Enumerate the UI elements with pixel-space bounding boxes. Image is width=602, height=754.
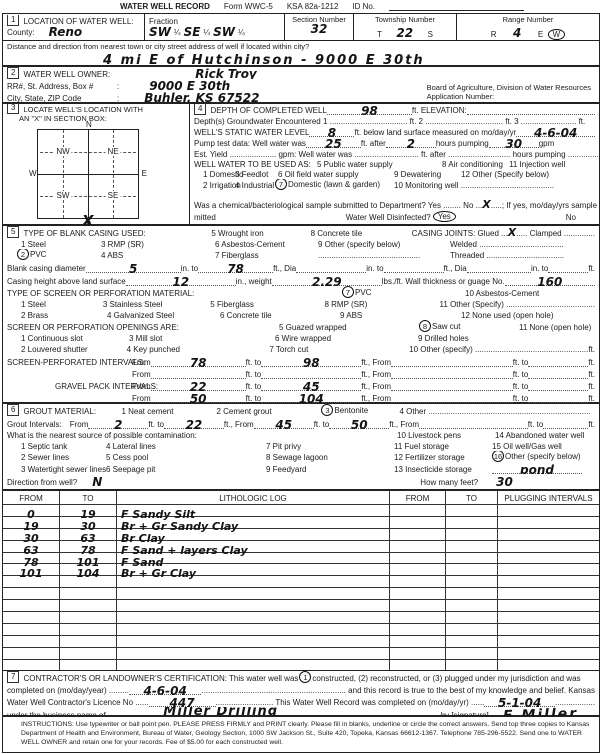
static-level-label: WELL'S STATIC WATER LEVEL [194, 128, 309, 137]
township-t: T [377, 30, 382, 39]
blank [528, 370, 588, 379]
sample-question: Was a chemical/bacteriological sample su… [194, 201, 482, 210]
grout-2: 2 Cement grout [216, 407, 321, 416]
gpi2-to-value: 104 [299, 394, 324, 403]
section-2-owner: 2 WATER WELL OWNER: Rick Troy RR#, St. A… [2, 66, 600, 103]
cert-text-2: constructed, (2) reconstructed, or (3) p… [312, 674, 580, 683]
distance-question: Distance and direction from nearest town… [7, 42, 309, 51]
table-row-empty [3, 624, 599, 636]
contam-9: 9 Feedyard [266, 465, 394, 474]
col-to-2: TO [446, 491, 498, 504]
blank [528, 394, 588, 403]
opening-8: Saw cut [432, 322, 460, 331]
screen-1: 1 Steel [21, 300, 103, 309]
gpm-label: gpm [539, 139, 555, 148]
height-label: Casing height above land surface [7, 277, 126, 286]
ft-from: ft., From [361, 370, 391, 379]
address-label: RR#, St. Address, Box # [7, 82, 117, 91]
from: From [132, 382, 151, 391]
opening-5: 5 Guazed wrapped [279, 323, 419, 332]
ft-from: ft., From [361, 394, 391, 403]
table-header: FROM TO LITHOLOGIC LOG FROM TO PLUGGING … [3, 491, 599, 505]
contam-other-value: pond [520, 465, 554, 474]
section-5-casing: 5TYPE OF BLANK CASING USED: 5 Wrought ir… [2, 225, 600, 403]
ft-from: ft., From [389, 420, 419, 429]
col-from-2: FROM [390, 491, 446, 504]
mitted-text: mitted [194, 213, 216, 222]
table-row: 78 101 F Sand [3, 553, 599, 565]
use-5: 5 Public water supply [317, 160, 442, 169]
casing-other-blank: ........................................… [318, 251, 450, 260]
grout-3: Bentonite [334, 406, 368, 415]
fraction-label: Fraction [149, 17, 178, 26]
ft: ft. [588, 420, 595, 429]
elevation-label: ft. ELEVATION: [412, 106, 467, 115]
section-1-title: LOCATION OF WATER WELL: [23, 17, 133, 26]
gpi2-from-value: 50 [190, 394, 207, 403]
col-lith: LITHOLOGIC LOG [117, 491, 390, 504]
ft-to: ft. to [246, 394, 262, 403]
city-value: Buhler, KS 67522 [144, 93, 259, 103]
blank [543, 420, 588, 429]
blank [391, 394, 513, 403]
static-level-label-2: ft. below land surface measured on mo/da… [354, 128, 516, 137]
range-cell: Range Number R 4 E W [457, 14, 599, 40]
section-2-num: 2 [7, 67, 19, 79]
use-10: 10 Monitoring well .....................… [394, 181, 554, 190]
quad-se: SE [106, 191, 121, 200]
opening-2: 2 Louvered shutter [21, 345, 127, 354]
casing-9: 9 Other (specify below) [318, 240, 450, 249]
col-from-1: FROM [3, 491, 60, 504]
casing-2-circled: 2 [17, 249, 29, 260]
grout-1: 1 Neat cement [121, 407, 216, 416]
depth-label: DEPTH OF COMPLETED WELL [210, 106, 326, 115]
casing-2: PVC [30, 250, 46, 259]
contam-5: 5 Cess pool [106, 453, 266, 462]
contam-2: 2 Sewer lines [21, 453, 106, 462]
feet-value: 30 [496, 477, 513, 487]
contam-16-circled: 16 [492, 451, 504, 462]
form-number: Form WWC-5 [224, 2, 273, 11]
joints-threaded: Threaded ...............................… [450, 251, 564, 260]
contam-6: 6 Seepage pit [106, 465, 266, 474]
form-title: WATER WELL RECORD [120, 2, 210, 11]
casing-3: 3 RMP (SR) [101, 240, 215, 249]
ft-dia: ft., Dia [444, 264, 467, 273]
opening-4: 4 Key punched [127, 345, 270, 354]
ft-to: ft. to [314, 420, 330, 429]
form-ksa: KSA 82a-1212 [287, 2, 339, 11]
screen-9: 9 ABS [340, 311, 461, 320]
use-4: 4 Industrial [235, 181, 275, 190]
quad-nw: NW [54, 147, 71, 156]
use-7-circled: 7 [275, 179, 287, 190]
ft-to: ft. to [513, 382, 529, 391]
table-row-empty [3, 612, 599, 624]
opening-10: 10 Other (specify) .....................… [409, 345, 595, 354]
quarter-sym: ¼ [203, 28, 210, 37]
from: From [132, 394, 151, 403]
spi-to-value: 98 [303, 358, 320, 367]
grout-to-2: 50 [351, 420, 368, 429]
grout-intervals-label: Grout Intervals: [7, 420, 62, 429]
ft-to: ft. to [246, 370, 262, 379]
fraction-3: SW [213, 27, 235, 37]
section-box-dash-v2 [113, 130, 114, 218]
compass-e: E [142, 169, 147, 178]
section-box-diagram: NW NE SW SE N S W E X [37, 129, 139, 219]
table-row: 101 104 Br + Gr Clay [3, 564, 599, 576]
sample-question-2: .....; If yes, mo/day/yrs sample was sub… [491, 201, 599, 210]
range-w-circled: W [548, 29, 566, 40]
use-7: Domestic (lawn & garden) [288, 180, 380, 189]
licence-label: Water Well Contractor's Licence No .....… [7, 698, 149, 707]
screen-5: 5 Fiberglass [210, 300, 324, 309]
ft-to: ft. to [513, 358, 529, 367]
weight-value: 2.29 [312, 277, 342, 286]
ft: ft. [588, 370, 595, 379]
col-plugging: PLUGGING INTERVALS [498, 491, 599, 504]
pump-test-label: Pump test data: Well water was [194, 139, 306, 148]
in-to: in. to [181, 264, 198, 273]
blank [528, 382, 588, 391]
use-11: 11 Injection well [509, 160, 565, 169]
section-4-depth: 4 DEPTH OF COMPLETED WELL 98 ft. ELEVATI… [190, 104, 599, 224]
joints-label: CASING JOINTS: Glued ... [412, 229, 508, 238]
township-label: Township Number [358, 15, 452, 24]
use-8: 8 Air conditioning [442, 160, 509, 169]
colon: : [117, 82, 119, 91]
est-yield-line: Est. Yield ..................... gpm: We… [194, 150, 599, 159]
instructions-box: INSTRUCTIONS: Use typewriter or ball poi… [2, 716, 600, 753]
log-empty-rows [3, 576, 599, 683]
county-value: Reno [49, 27, 83, 37]
section-6-grout: 6 GROUT MATERIAL: 1 Neat cement 2 Cement… [2, 403, 600, 490]
table-row: 19 30 Br + Gr Sandy Clay [3, 517, 599, 529]
ft-to: ft. to [513, 370, 529, 379]
gpi1-to-value: 45 [303, 382, 320, 391]
from: From [132, 358, 151, 367]
compass-n: N [86, 120, 92, 129]
contam-3: 3 Watertight sewer lines [21, 465, 106, 474]
section-5-num: 5 [7, 226, 19, 238]
from: From [132, 370, 151, 379]
diameter-label: Blank casing diameter [7, 264, 86, 273]
screen-2: 2 Brass [21, 311, 107, 320]
township-s: S [428, 30, 433, 39]
blank [391, 370, 513, 379]
contam-1: 1 Septic tank [21, 442, 106, 451]
disinfected-question: Water Well Disinfected? [346, 213, 431, 222]
grout-to-1: 22 [186, 420, 203, 429]
city-label: City, State, ZIP Code [7, 94, 117, 103]
sample-no-mark: X [482, 200, 490, 210]
ft-from: ft., From [224, 420, 254, 429]
blank [151, 370, 246, 379]
joints-clamped: ..... Clamped .............. [516, 229, 595, 238]
col-to-1: TO [60, 491, 117, 504]
section-3-title-2: AN "X" IN SECTION BOX: [19, 114, 107, 123]
compass-w: W [29, 169, 37, 178]
diameter-value: 5 [129, 264, 137, 273]
casing-8: 8 Concrete tile [311, 229, 412, 238]
elevation-blank [467, 106, 595, 115]
dia3-depth-blank [548, 264, 588, 273]
opening-6: 6 Wire wrapped [275, 334, 418, 343]
fraction-1: SW [149, 27, 171, 37]
ft-to: ft. to [513, 394, 529, 403]
address-value: 9000 E 30th [149, 81, 230, 91]
owner-title: WATER WELL OWNER: [23, 70, 110, 79]
joints-glued-mark: X [508, 228, 516, 238]
section-box-hline [38, 174, 138, 175]
section-1-location: 1LOCATION OF WATER WELL: County:Reno Fra… [2, 13, 600, 66]
section-3-title-1: LOCATE WELL'S LOCATION WITH [23, 105, 143, 114]
owner-name: Rick Troy [195, 69, 256, 79]
direction-label: Direction from well? [7, 478, 77, 487]
record-dots: .................. [555, 698, 595, 707]
lithologic-table: FROM TO LITHOLOGIC LOG FROM TO PLUGGING … [2, 490, 600, 670]
completed-label: completed on (mo/day/year) ......... [7, 686, 129, 695]
grout-from-1: 2 [114, 420, 122, 429]
ft: ft. [588, 264, 595, 273]
static-level-date: 4-6-04 [534, 128, 577, 137]
township-value: 22 [396, 26, 413, 40]
screen-material-label: TYPE OF SCREEN OR PERFORATION MATERIAL: [7, 289, 342, 298]
screen-4: 4 Galvanized Steel [107, 311, 220, 320]
use-12: 12 Other (Specify below) [461, 170, 549, 179]
section-3-locate: 3LOCATE WELL'S LOCATION WITH AN "X" IN S… [3, 104, 190, 224]
section-6-num: 6 [7, 404, 19, 416]
pump-test-hours: 2 [407, 139, 415, 148]
table-row-empty [3, 648, 599, 660]
section-3-4-row: 3LOCATE WELL'S LOCATION WITH AN "X" IN S… [2, 103, 600, 225]
section-4-num: 4 [194, 104, 206, 115]
screen-10: 10 Asbestos-Cement [465, 289, 539, 298]
section-box-dash-v1 [63, 130, 64, 218]
contam-14: 14 Abandoned water well [495, 431, 584, 440]
form-header: WATER WELL RECORD Form WWC-5 KSA 82a-121… [120, 1, 524, 11]
screen-8: 8 RMP (SR) [324, 300, 439, 309]
spi-from-value: 78 [190, 358, 207, 367]
spi-label: SCREEN-PERFORATED INTERVALS: [7, 358, 132, 367]
blank [391, 382, 513, 391]
ft: ft. [588, 358, 595, 367]
disinfected-no: No [566, 213, 576, 222]
opening-9: 9 Drilled holes [418, 334, 469, 343]
grout-title: GROUT MATERIAL: [23, 407, 121, 416]
quad-sw: SW [55, 191, 72, 200]
from: From [70, 420, 89, 429]
in-to: in. to [531, 264, 548, 273]
completed-date: 4-6-04 [143, 686, 186, 695]
use-2: 2 Irrigation [203, 181, 235, 190]
contam-13: 13 Insecticide storage [394, 465, 492, 474]
range-value: 4 [513, 26, 521, 40]
screen-7-circled: 7 [342, 286, 354, 298]
screen-pvc: PVC [355, 288, 371, 297]
ft-from: ft., From [361, 358, 391, 367]
grout-from-2: 45 [275, 420, 292, 429]
gpi1-from-value: 22 [190, 382, 207, 391]
contam-11: 11 Fuel storage [394, 442, 492, 451]
use-1: 1 Domestic [203, 170, 235, 179]
section-number-value: 32 [289, 24, 349, 34]
fraction-cell: Fraction SW¼ SE¼ SW¼ [145, 14, 285, 40]
table-row-empty [3, 636, 599, 648]
fraction-2: SE [184, 27, 201, 37]
gauge-value: 160 [537, 277, 562, 286]
pump-test-gpm: 30 [505, 139, 522, 148]
table-row: 30 63 Br Clay [3, 529, 599, 541]
licence-text-2: .......................... This Water We… [216, 698, 485, 707]
cert-1-circled: 1 [299, 671, 311, 683]
contam-12: 12 Fertilizer storage [394, 453, 492, 462]
ft-to: ft. to [246, 382, 262, 391]
spi2-to-blank [528, 358, 588, 367]
contam-7: 7 Pit privy [266, 442, 394, 451]
contam-4: 4 Lateral lines [106, 442, 266, 451]
opening-11: 11 None (open hole) [519, 323, 591, 332]
table-row-empty [3, 576, 599, 588]
opening-1: 1 Continuous slot [21, 334, 129, 343]
completed-text-2: ........................................… [201, 686, 595, 695]
joints-welded: Welded .................................… [450, 240, 564, 249]
openings-label: SCREEN OR PERFORATION OPENINGS ARE: [7, 323, 279, 332]
depth-value: 98 [361, 106, 378, 115]
screen-11: 11 Other (Specify) .....................… [440, 300, 595, 309]
dia2-depth-blank [384, 264, 444, 273]
casing-7: 7 Fiberglass [215, 251, 318, 260]
grout-4: 4 Other ................................… [399, 407, 590, 416]
quad-ne: NE [105, 147, 120, 156]
range-label: Range Number [461, 15, 595, 24]
static-level-value: 8 [328, 128, 336, 137]
opening-3: 3 Mill slot [129, 334, 275, 343]
range-e: E [538, 30, 543, 39]
table-row-empty [3, 600, 599, 612]
use-label: WELL WATER TO BE USED AS: [194, 160, 317, 169]
water-well-record-form: WATER WELL RECORD Form WWC-5 KSA 82a-121… [0, 0, 602, 754]
contam-15: 15 Oil well/Gas well [492, 442, 562, 451]
section-7-certification: 7 CONTRACTOR'S OR LANDOWNER'S CERTIFICAT… [2, 670, 600, 716]
township-cell: Township Number T 22 S [354, 14, 457, 40]
diameter-depth: 78 [227, 264, 244, 273]
ft: ft. [588, 382, 595, 391]
disinfected-yes-circled: Yes [433, 211, 456, 222]
in-to: in. to [366, 264, 383, 273]
casing-1: 1 Steel [21, 240, 101, 249]
cert-text-1: CONTRACTOR'S OR LANDOWNER'S CERTIFICATIO… [23, 674, 298, 683]
pump-test-depth: 25 [325, 139, 342, 148]
ft-to: ft. to [528, 420, 544, 429]
log-filled-rows: 0 19 F Sandy Silt 19 30 Br + Gr Sandy Cl… [3, 505, 599, 576]
use-3: 3 Feedlot [235, 170, 278, 179]
board-text: Board of Agriculture, Division of Water … [427, 83, 591, 92]
county-label: County: [7, 28, 35, 37]
screen-3: 3 Stainless Steel [103, 300, 210, 309]
record-date: 5-1-04 [498, 698, 541, 707]
contamination-label: What is the nearest source of possible c… [7, 431, 397, 440]
use-6: 6 Oil field water supply [278, 170, 394, 179]
range-r: R [491, 30, 497, 39]
section-number-cell: Section Number 32 [285, 14, 354, 40]
spi2-from-blank [391, 358, 513, 367]
quarter-sym: ¼ [238, 28, 245, 37]
casing-4: 4 ABS [101, 251, 215, 260]
section-7-num: 7 [7, 671, 19, 683]
ft-from: ft., From [361, 382, 391, 391]
use-9: 9 Dewatering [394, 170, 461, 179]
feet-label: How many feet? [420, 478, 478, 487]
contam-16: Other (specify below) [505, 452, 581, 461]
quarter-sym: ¼ [174, 28, 181, 37]
county-cell: 1LOCATION OF WATER WELL: County:Reno [3, 14, 145, 40]
application-number-label: Application Number: [427, 92, 591, 101]
idno-blank [389, 1, 524, 11]
form-idno-label: ID No. [352, 2, 375, 11]
groundwater-line: Depth(s) Groundwater Encountered 1 .....… [194, 117, 585, 126]
licence-number: 447 [170, 698, 195, 707]
section-3-num: 3 [7, 104, 19, 114]
pump-test-pumping: hours pumping [436, 139, 489, 148]
opening-7: 7 Torch cut [269, 345, 409, 354]
table-row-empty [3, 588, 599, 600]
casing-5: 5 Wrought iron [211, 229, 310, 238]
casing-6: 6 Asbestos-Cement [215, 240, 318, 249]
blank [261, 370, 361, 379]
ft-to: ft. to [246, 358, 262, 367]
contam-8: 8 Sewage lagoon [266, 453, 394, 462]
section-1-num: 1 [7, 15, 19, 26]
dia3-blank [467, 264, 531, 273]
contam-10: 10 Livestock pens [397, 431, 495, 440]
direction-value: N [92, 477, 102, 487]
instructions-text: INSTRUCTIONS: Use typewriter or ball poi… [3, 717, 599, 747]
ft: ft. [588, 394, 595, 403]
table-row: 0 19 F Sandy Silt [3, 505, 599, 517]
screen-6: 6 Concrete tile [220, 311, 340, 320]
gpi-label: GRAVEL PACK INTERVALS: [7, 382, 132, 391]
grout-3-circled: 3 [321, 404, 333, 416]
pump-test-after: ft. after [361, 139, 386, 148]
height-value: 12 [172, 277, 189, 286]
casing-title: TYPE OF BLANK CASING USED: [23, 229, 145, 238]
ft-dia: ft., Dia [273, 264, 296, 273]
in-weight: in., weight [236, 277, 272, 286]
dia2-blank [296, 264, 366, 273]
blank [419, 420, 528, 429]
colon: : [117, 94, 119, 103]
table-row: 63 78 F Sand + layers Clay [3, 541, 599, 553]
lbs-label: lbs./ft. Wall thickness or guage No. [382, 277, 505, 286]
opening-8-circled: 8 [419, 320, 431, 332]
ft-to: ft. to [148, 420, 164, 429]
screen-12: 12 None used (open hole) [461, 311, 554, 320]
